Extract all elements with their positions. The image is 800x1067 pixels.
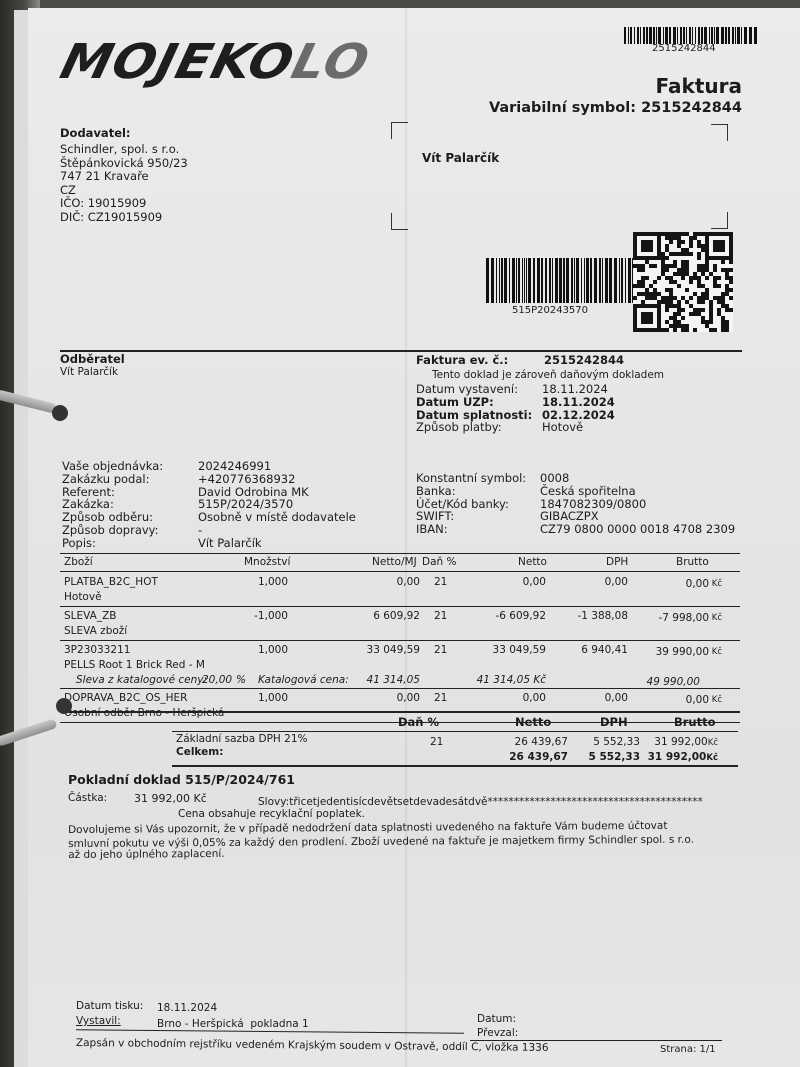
gross-value: 0,00: [686, 578, 709, 590]
gross-value: 31 992,00: [654, 736, 707, 748]
date-label: Datum:: [477, 1013, 516, 1026]
barcode-bar: [563, 258, 565, 303]
document-title: Faktura: [656, 74, 742, 98]
total-net: 26 439,67: [509, 751, 568, 764]
barcode-bar: [509, 258, 510, 303]
table-row: PLATBA_B2C_HOTHotově1,0000,00210,000,000…: [60, 572, 740, 606]
item-net: 0,00: [523, 692, 546, 705]
barcode-bar: [609, 258, 612, 303]
barcode-bar: [537, 258, 540, 303]
payment-qr-code: [633, 232, 733, 332]
recipient-name: Vít Palarčík: [422, 151, 499, 165]
barcode-bar: [504, 258, 507, 303]
print-date-label: Datum tisku:: [76, 1000, 143, 1013]
item-gross: 0,00 Kč: [686, 694, 722, 707]
barcode-bar: [590, 258, 592, 303]
column-header: DPH: [606, 556, 628, 569]
amount-label: Částka:: [68, 792, 107, 805]
barcode-bar: [605, 258, 608, 303]
barcode-bar: [754, 27, 757, 44]
invoice-field-label: Způsob platby:: [416, 421, 502, 434]
item-description: PELLS Root 1 Brick Red - M: [64, 659, 205, 672]
vat-rate-vat: 5 552,33: [593, 736, 640, 749]
order-field-value: Vít Palarčík: [198, 537, 262, 550]
item-unit-net: 0,00: [397, 692, 420, 705]
barcode-bar: [735, 27, 736, 44]
receipt-title: Pokladní doklad 515/P/2024/761: [68, 772, 295, 787]
barcode-bar: [634, 27, 635, 44]
gross-value: 0,00: [686, 694, 709, 706]
column-header: Brutto: [676, 556, 709, 569]
summary-column-header: Brutto: [674, 716, 716, 729]
invoice-number: 2515242844: [544, 354, 624, 367]
barcode-bar: [619, 258, 620, 303]
supplier-line: IČO: 19015909: [60, 197, 146, 210]
window-corner: [391, 213, 408, 230]
item-code: DOPRAVA_B2C_OS_HER: [64, 692, 187, 705]
qr-module: [729, 328, 733, 332]
supplier-heading: Dodavatel:: [60, 127, 131, 140]
vat-rate: 21: [430, 736, 443, 749]
barcode-bar: [643, 27, 645, 44]
page-number: Strana: 1/1: [660, 1043, 716, 1056]
discount-percent: 20,00: [202, 674, 232, 687]
buyer-name: Vít Palarčík: [60, 366, 118, 379]
supplier-line: Schindler, spol. s r.o.: [60, 143, 179, 156]
item-net: 33 049,59: [493, 644, 546, 657]
item-description: SLEVA zboží: [64, 625, 127, 638]
column-header: Daň %: [422, 556, 457, 569]
barcode-bar: [528, 258, 531, 303]
item-code: PLATBA_B2C_HOT: [64, 576, 158, 589]
total-gross: 31 992,00Kč: [648, 751, 718, 765]
window-corner: [711, 124, 728, 141]
item-tax-rate: 21: [434, 610, 447, 623]
catalog-unit-price: 41 314,05: [367, 674, 420, 687]
issued-by-label: Vystavil:: [76, 1015, 121, 1028]
barcode-bar: [533, 258, 535, 303]
item-gross: -7 998,00 Kč: [659, 612, 723, 625]
vat-rate-net: 26 439,67: [515, 736, 568, 749]
summary-bottom-rule: [172, 765, 738, 767]
buyer-heading: Odběratel: [60, 353, 125, 366]
currency: Kč: [706, 753, 718, 763]
items-table-header: ZbožíMnožstvíNetto/MJDaň %NettoDPHBrutto: [60, 556, 740, 570]
table-row: 3P23033211PELLS Root 1 Brick Red - M1,00…: [60, 640, 740, 688]
barcode-bar: [640, 27, 641, 44]
barcode-bar: [496, 258, 497, 303]
supplier-line: Štěpánkovická 950/23: [60, 157, 188, 170]
barcode-bar: [581, 258, 582, 303]
barcode-bar: [522, 258, 523, 303]
barcode-bar: [721, 27, 724, 44]
barcode-bar: [518, 258, 520, 303]
punch-hole: [52, 405, 68, 421]
item-gross: 39 990,00 Kč: [656, 646, 722, 659]
barcode-bar: [628, 258, 631, 303]
gross-value: 31 992,00: [648, 751, 707, 763]
item-vat: 6 940,41: [581, 644, 628, 657]
currency: Kč: [709, 613, 722, 623]
item-quantity: 1,000: [258, 576, 288, 589]
barcode-bar: [628, 27, 629, 44]
currency: Kč: [709, 647, 722, 657]
table-row: SLEVA_ZBSLEVA zboží-1,0006 609,9221-6 60…: [60, 606, 740, 640]
barcode-bar: [716, 27, 719, 44]
tax-document-note: Tento doklad je zároveň daňovým dokladem: [432, 369, 664, 382]
barcode-bar: [602, 258, 603, 303]
barcode-bar: [624, 27, 626, 44]
variable-symbol: Variabilní symbol: 2515242844: [489, 100, 742, 116]
item-vat: 0,00: [605, 692, 628, 705]
item-tax-rate: 21: [434, 644, 447, 657]
barcode-bar: [744, 27, 747, 44]
invoice-barcode-number: 2515242844: [652, 42, 716, 55]
column-header: Množství: [244, 556, 290, 569]
summary-column-header: Daň %: [398, 716, 439, 729]
barcode-bar: [516, 258, 517, 303]
barcode-bar: [732, 27, 734, 44]
bank-field-value: CZ79 0800 0000 0018 4708 2309: [540, 523, 735, 536]
supplier-line: 747 21 Kravaře: [60, 170, 149, 183]
item-description: Hotově: [64, 591, 102, 604]
barcode-bar: [571, 258, 573, 303]
invoice-number-label: Faktura ev. č.:: [416, 354, 508, 367]
item-unit-net: 33 049,59: [367, 644, 420, 657]
barcode-bar: [574, 258, 575, 303]
barcode-bar: [499, 258, 500, 303]
barcode-bar: [545, 258, 547, 303]
bank-field-label: IBAN:: [416, 523, 448, 536]
discount-label: Sleva z katalogové ceny:: [76, 674, 207, 687]
barcode-bar: [725, 27, 727, 44]
currency: Kč: [709, 695, 722, 705]
item-quantity: 1,000: [258, 644, 288, 657]
vat-rate-gross: 31 992,00Kč: [654, 736, 718, 750]
barcode-bar: [512, 258, 515, 303]
column-header: Zboží: [64, 556, 93, 569]
catalog-net: 41 314,05 Kč: [477, 674, 546, 687]
item-unit-net: 0,00: [397, 576, 420, 589]
barcode-bar: [621, 258, 623, 303]
window-corner: [711, 212, 728, 229]
received-by-label: Převzal:: [477, 1027, 518, 1040]
order-field-value: Osobně v místě dodavatele: [198, 511, 356, 524]
recycling-note: Cena obsahuje recyklační poplatek.: [178, 808, 365, 821]
barcode-bar: [594, 258, 597, 303]
supplier-line: DIČ: CZ19015909: [60, 211, 162, 224]
item-net: 0,00: [523, 576, 546, 589]
item-vat: 0,00: [605, 576, 628, 589]
gross-value: -7 998,00: [659, 612, 710, 624]
column-header: Netto/MJ: [372, 556, 417, 569]
item-unit-net: 6 609,92: [373, 610, 420, 623]
barcode-bar: [737, 27, 740, 44]
amount-value: 31 992,00 Kč: [134, 792, 207, 805]
item-tax-rate: 21: [434, 576, 447, 589]
gross-value: 39 990,00: [656, 646, 709, 658]
total-vat: 5 552,33: [589, 751, 640, 764]
item-gross: 0,00 Kč: [686, 578, 722, 591]
total-label: Celkem:: [176, 746, 223, 759]
window-corner: [391, 122, 408, 139]
item-code: 3P23033211: [64, 644, 130, 657]
barcode-bar: [526, 258, 527, 303]
print-date: 18.11.2024: [157, 1002, 217, 1015]
barcode-bar: [549, 258, 551, 303]
catalog-price-label: Katalogová cena:: [258, 674, 349, 687]
currency: Kč: [709, 579, 722, 589]
discount-percent-sign: %: [236, 674, 246, 687]
item-vat: -1 388,08: [577, 610, 628, 623]
order-barcode-number: 515P20243570: [512, 304, 588, 317]
barcode-bar: [586, 258, 589, 303]
barcode-bar: [625, 258, 626, 303]
barcode-bar: [614, 258, 617, 303]
barcode-bar: [524, 258, 525, 303]
barcode-bar: [552, 258, 553, 303]
barcode-bar: [646, 27, 648, 44]
item-quantity: 1,000: [258, 692, 288, 705]
barcode-bar: [599, 258, 601, 303]
barcode-bar: [637, 27, 639, 44]
barcode-bar: [584, 258, 585, 303]
barcode-bar: [566, 258, 569, 303]
item-net: -6 609,92: [495, 610, 546, 623]
barcode-bar: [491, 258, 494, 303]
punch-hole: [56, 698, 72, 714]
barcode-bar: [728, 27, 730, 44]
barcode-bar: [555, 258, 558, 303]
barcode-bar: [486, 258, 489, 303]
summary-column-header: DPH: [600, 716, 628, 729]
barcode-bar: [541, 258, 543, 303]
barcode-bar: [501, 258, 503, 303]
item-quantity: -1,000: [254, 610, 288, 623]
divider: [60, 350, 742, 352]
vat-summary-header: Daň %NettoDPHBrutto: [172, 716, 740, 730]
item-tax-rate: 21: [434, 692, 447, 705]
summary-header-rule: [172, 731, 738, 732]
column-header: Netto: [518, 556, 547, 569]
barcode-bar: [630, 27, 632, 44]
late-payment-notice: Dovolujeme si Vás upozornit, že v případ…: [68, 820, 694, 862]
vat-rate-label: Základní sazba DPH 21%: [176, 733, 307, 746]
invoice-field-value: Hotově: [542, 421, 583, 434]
item-code: SLEVA_ZB: [64, 610, 117, 623]
paper-fold: [405, 8, 407, 1067]
barcode-bar: [559, 258, 562, 303]
barcode-bar: [741, 27, 742, 44]
barcode-bar: [576, 258, 579, 303]
summary-column-header: Netto: [515, 716, 551, 729]
order-field-label: Popis:: [62, 537, 96, 550]
currency: Kč: [708, 738, 718, 748]
barcode-bar: [749, 27, 752, 44]
table-top-rule: [60, 553, 740, 554]
summary-top-rule: [60, 711, 740, 713]
mojekolo-logo: MOJEKOLO: [55, 34, 375, 90]
